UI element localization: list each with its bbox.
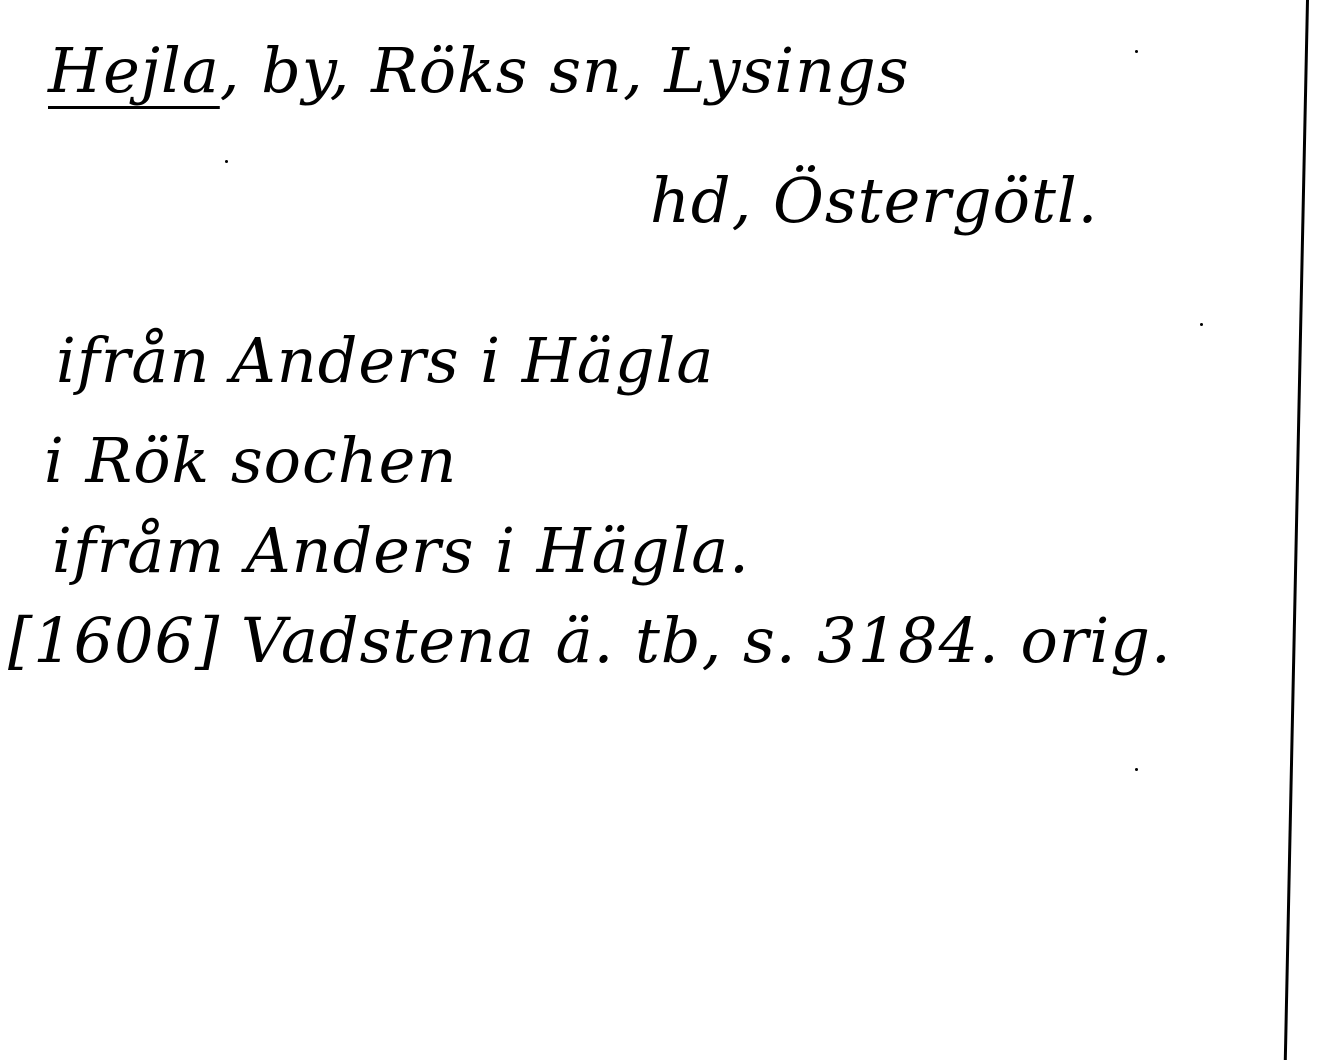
ink-speck xyxy=(1135,50,1138,53)
headword: Hejla xyxy=(48,34,220,107)
entry-line-3: ifråm Anders i Hägla. xyxy=(52,520,750,582)
index-card: Hejla, by, Röks sn, Lysings hd, Östergöt… xyxy=(0,0,1326,1060)
card-right-edge xyxy=(1284,0,1309,1060)
entry-line-1: ifrån Anders i Hägla xyxy=(56,330,714,392)
location-text: , by, Röks sn, Lysings xyxy=(220,34,910,107)
ink-speck xyxy=(1200,323,1203,326)
ink-speck xyxy=(1135,768,1138,771)
entry-line-2: i Rök sochen xyxy=(44,430,457,492)
card-header-line-1: Hejla, by, Röks sn, Lysings xyxy=(48,40,910,102)
ink-speck xyxy=(225,160,228,163)
source-citation: [1606] Vadstena ä. tb, s. 3184. orig. xyxy=(8,610,1172,672)
card-header-line-2: hd, Östergötl. xyxy=(650,170,1098,232)
